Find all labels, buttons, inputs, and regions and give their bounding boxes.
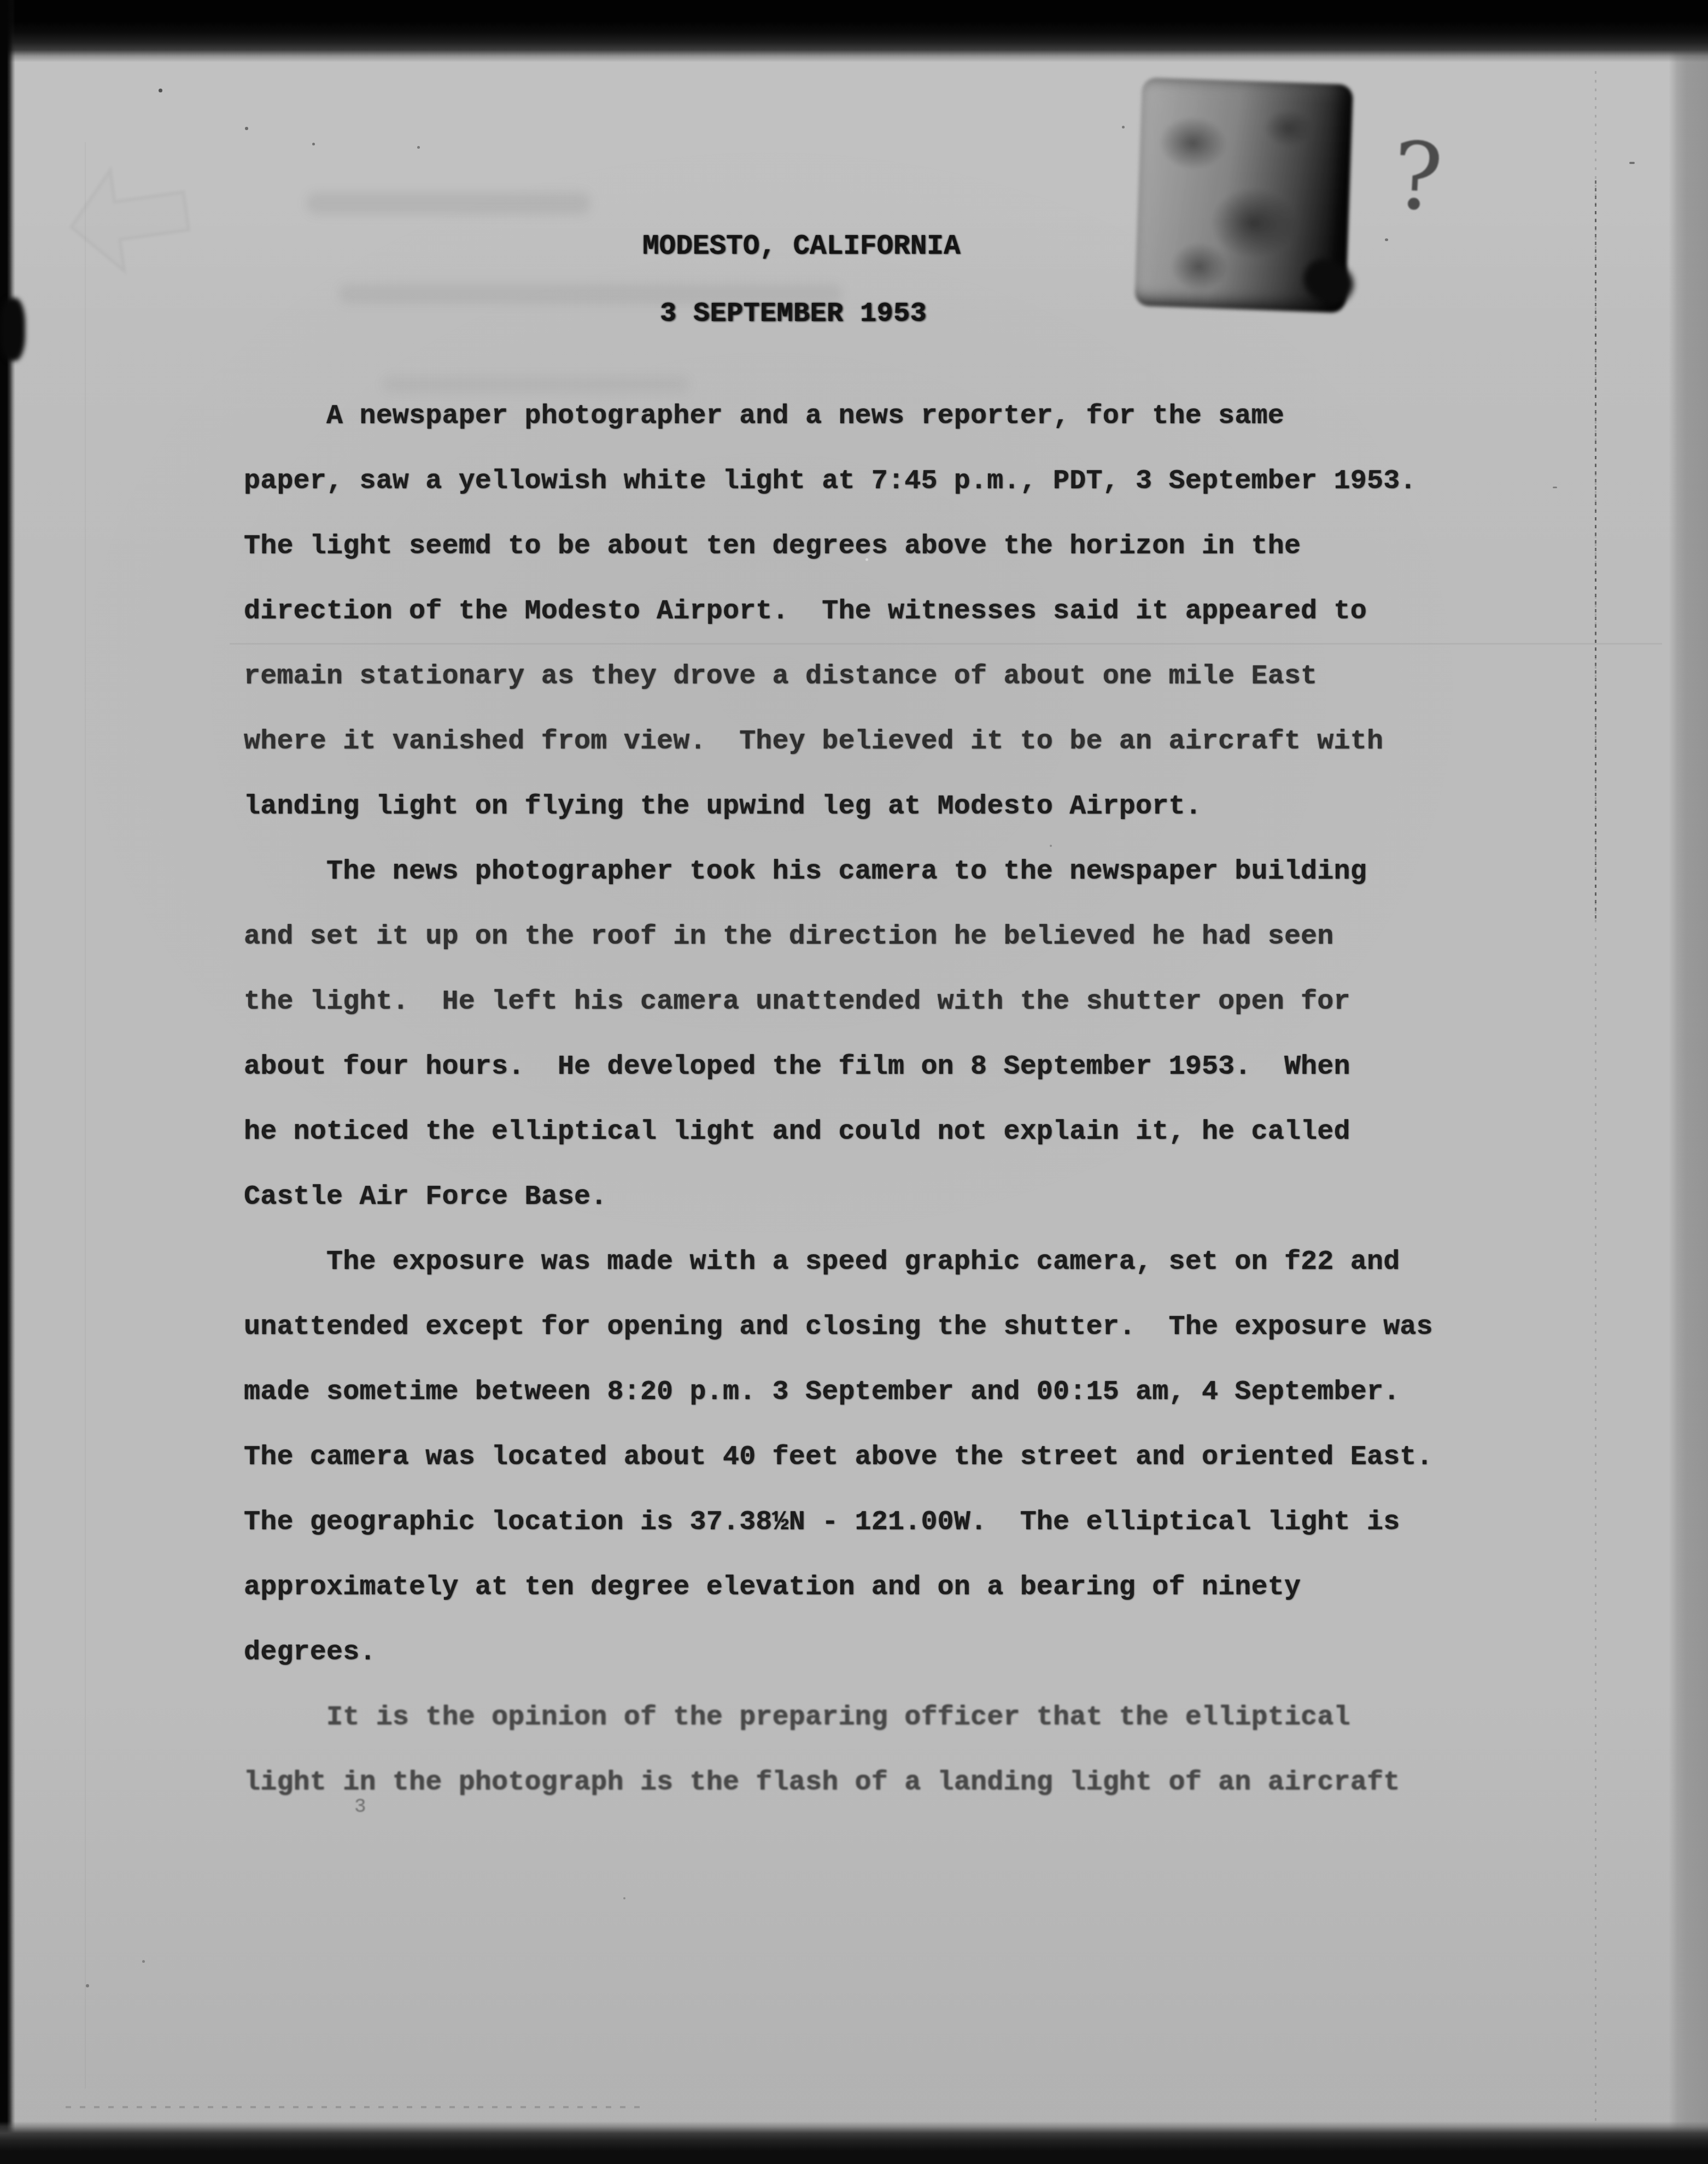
- document-line: paper, saw a yellowish white light at 7:…: [244, 466, 1417, 498]
- document-line: and set it up on the roof in the directi…: [244, 921, 1334, 953]
- document-line: The news photographer took his camera to…: [244, 856, 1367, 888]
- document-line: The camera was located about 40 feet abo…: [244, 1442, 1433, 1473]
- dust-speck: [245, 127, 248, 130]
- document-line: approximately at ten degree elevation an…: [244, 1572, 1301, 1604]
- scan-right-shadow-band: [1669, 0, 1708, 2164]
- vertical-fold-crease-dark: [1595, 180, 1596, 919]
- stray-pencil-mark: 3: [354, 1795, 366, 1818]
- dust-speck: [312, 143, 315, 145]
- bleed-through-streak: [383, 376, 689, 393]
- location-heading: MODESTO, CALIFORNIA: [642, 231, 961, 264]
- scan-edge-top: [0, 0, 1708, 62]
- white-speck: [865, 558, 868, 561]
- document-line: made sometime between 8:20 p.m. 3 Septem…: [244, 1377, 1400, 1408]
- bleed-through-streak: [306, 192, 590, 214]
- document-line: unattended except for opening and closin…: [244, 1312, 1433, 1343]
- document-line: degrees.: [244, 1637, 376, 1669]
- document-line: A newspaper photographer and a news repo…: [244, 401, 1284, 432]
- document-line: The geographic location is 37.38½N - 121…: [244, 1507, 1400, 1539]
- dust-speck: [1050, 845, 1052, 847]
- scan-edge-bottom: [0, 2121, 1708, 2164]
- faint-vertical-crease: [85, 142, 86, 2089]
- scan-edge-blemish: [0, 298, 25, 361]
- document-line: he noticed the elliptical light and coul…: [244, 1116, 1350, 1148]
- dust-speck: [417, 146, 420, 149]
- dust-speck: [1629, 162, 1635, 164]
- dust-speck: [159, 89, 162, 92]
- dust-speck: [623, 1897, 625, 1899]
- dust-speck: [1122, 126, 1125, 128]
- document-line: The exposure was made with a speed graph…: [244, 1247, 1400, 1278]
- dust-speck: [86, 1984, 89, 1987]
- date-heading: 3 SEPTEMBER 1953: [660, 298, 927, 331]
- handwritten-question-mark: ?: [1391, 130, 1445, 224]
- dust-speck: [1553, 487, 1557, 488]
- faint-arrow-watermark: [58, 153, 204, 290]
- dust-speck: [142, 1960, 145, 1963]
- document-line: remain stationary as they drove a distan…: [244, 661, 1317, 693]
- document-line: about four hours. He developed the film …: [244, 1051, 1350, 1083]
- document-line: light in the photograph is the flash of …: [244, 1767, 1400, 1799]
- document-line: landing light on flying the upwind leg a…: [244, 791, 1202, 823]
- document-line: It is the opinion of the preparing offic…: [244, 1702, 1350, 1734]
- document-line: the light. He left his camera unattended…: [244, 986, 1350, 1018]
- scanned-document-page: MODESTO, CALIFORNIA 3 SEPTEMBER 1953 A n…: [0, 0, 1708, 2164]
- bottom-dotted-streak: [66, 2106, 645, 2108]
- document-line: where it vanished from view. They believ…: [244, 726, 1383, 758]
- document-line: direction of the Modesto Airport. The wi…: [244, 596, 1367, 628]
- scanner-streak: [230, 643, 1662, 645]
- document-line: The light seemd to be about ten degrees …: [244, 531, 1301, 563]
- dust-speck: [1385, 238, 1388, 241]
- document-line: Castle Air Force Base.: [244, 1182, 607, 1213]
